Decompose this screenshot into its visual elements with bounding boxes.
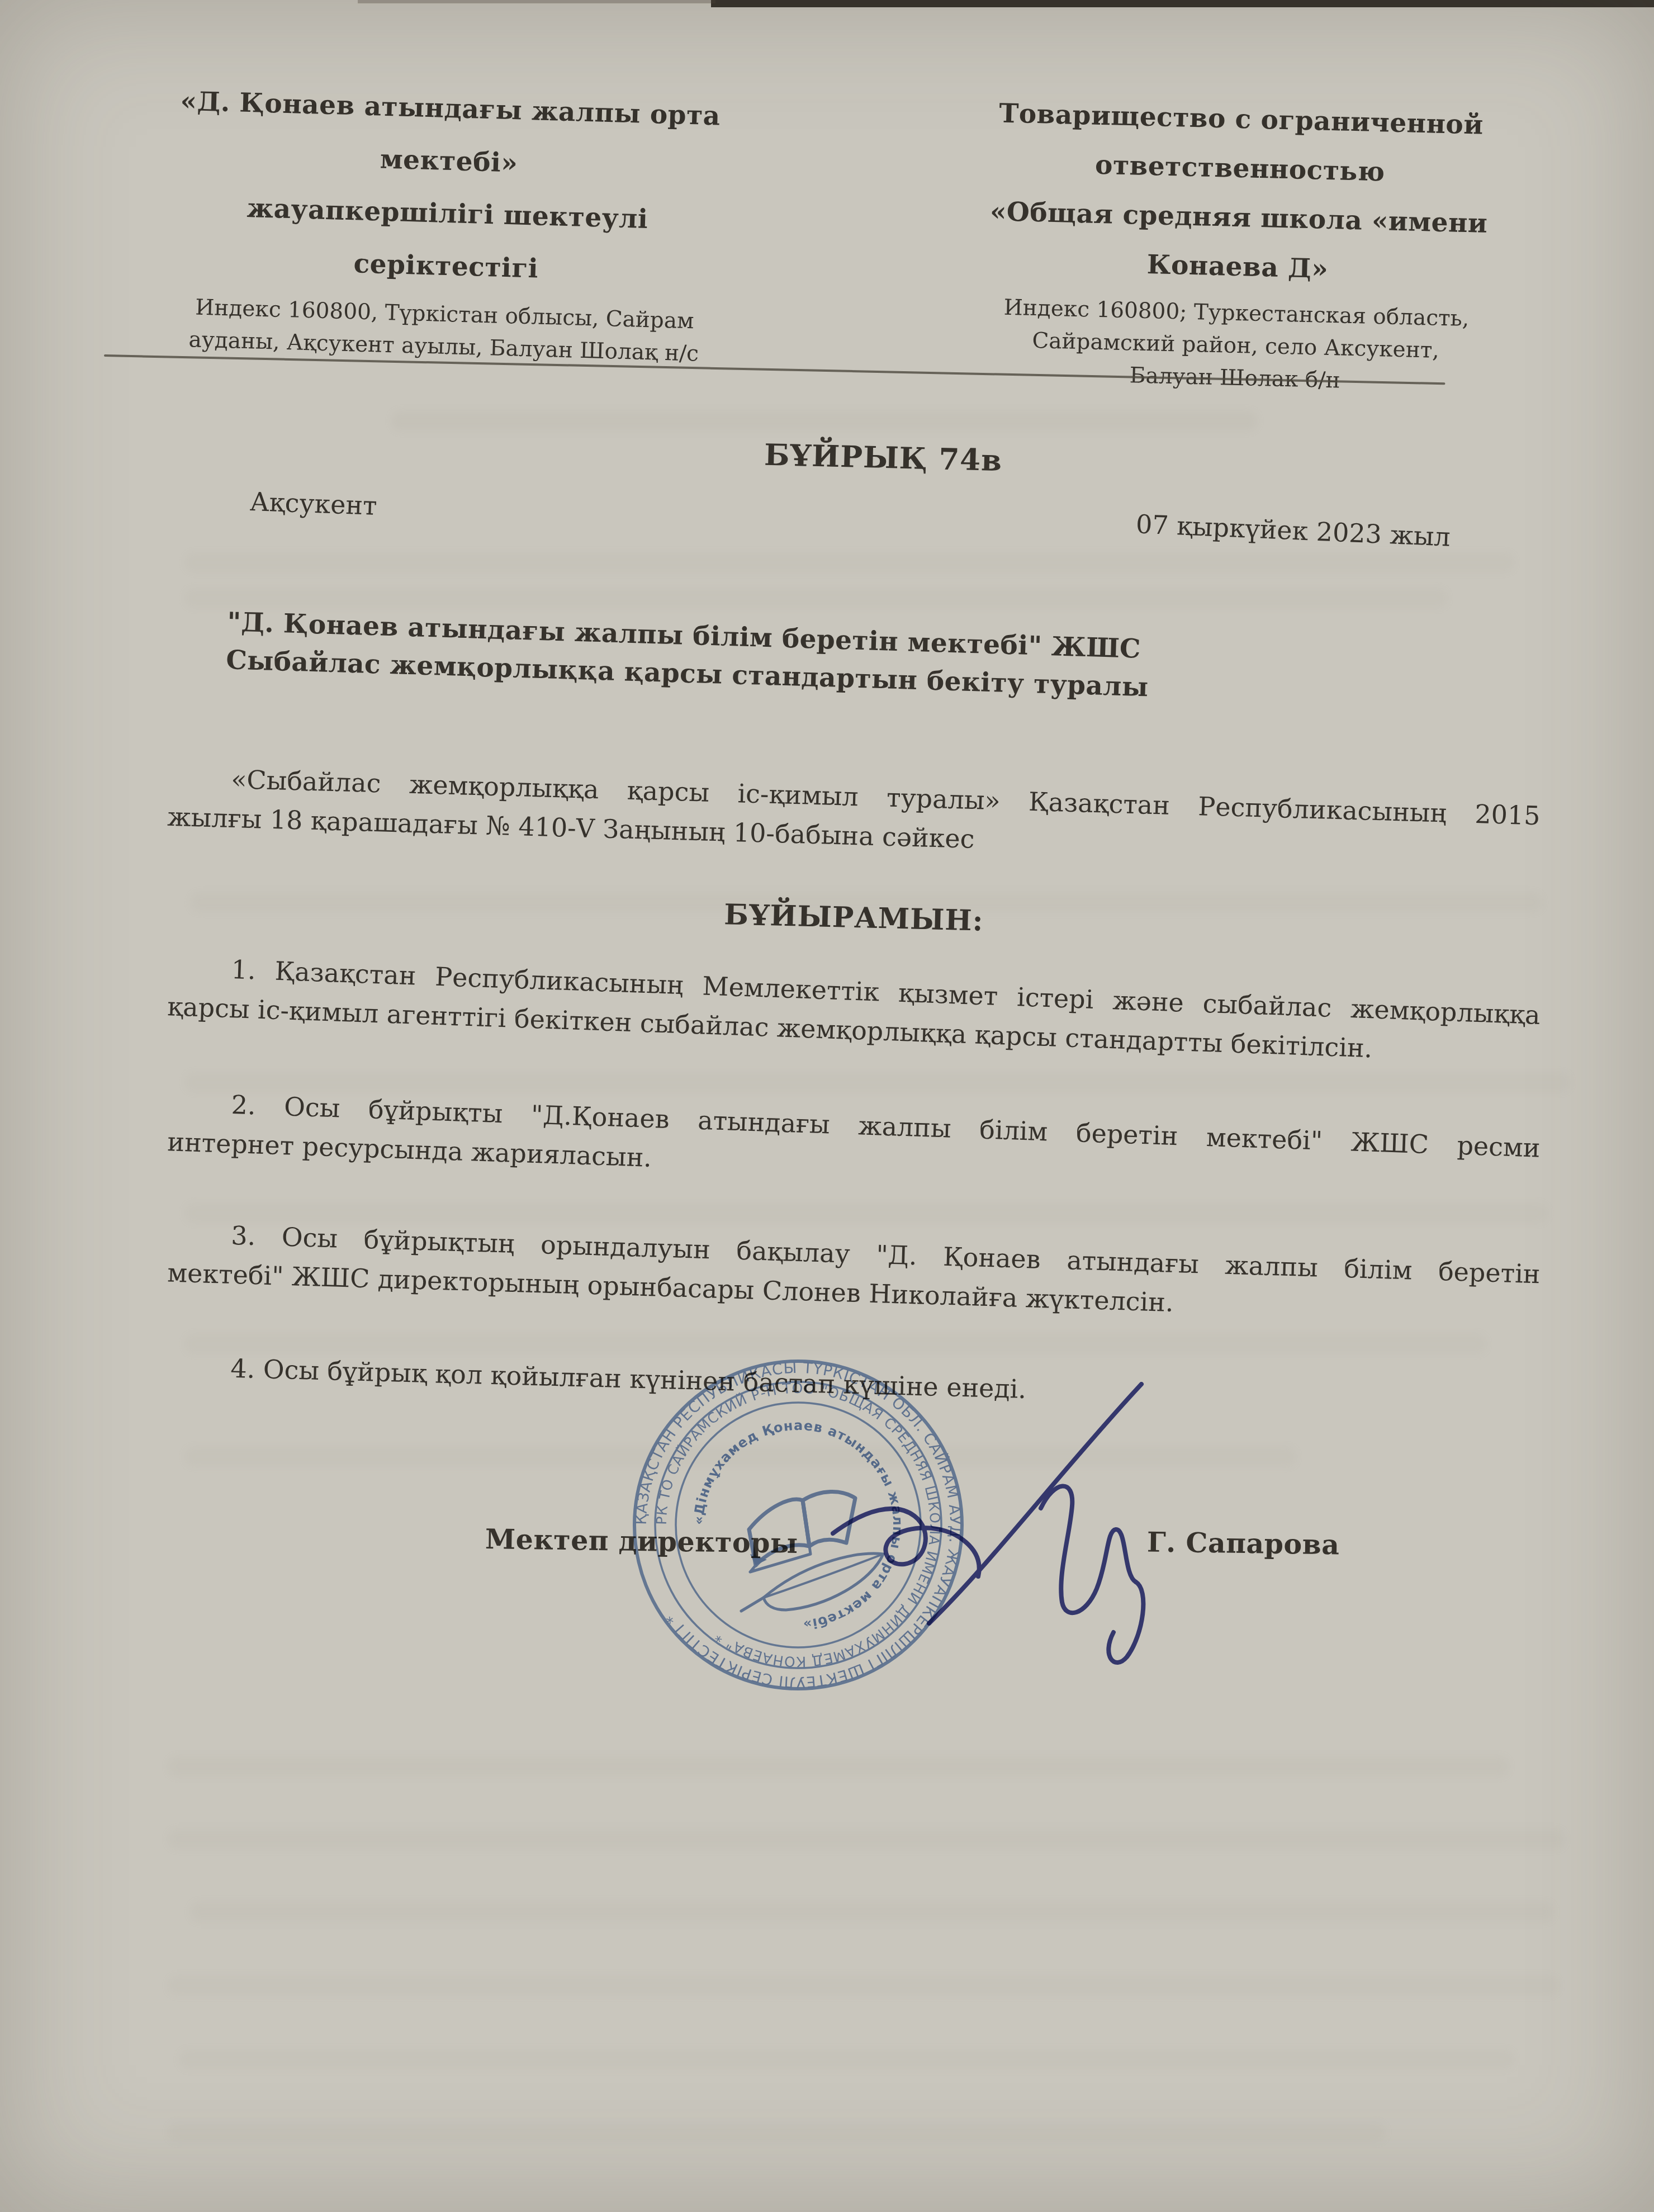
scanned-order-document: «Д. Қонаев атындағы жалпы орта мектебі» … xyxy=(0,0,1654,2212)
quill-nib xyxy=(741,1598,764,1611)
signature-descender-stroke xyxy=(1108,1582,1143,1662)
order-item-2: 2. Осы бұйрықты "Д.Қонаев атындағы жалпы… xyxy=(167,1083,1541,1206)
order-subject: "Д. Қонаев атындағы жалпы білім беретін … xyxy=(225,603,1457,716)
signature-diagonal-stroke xyxy=(929,1384,1141,1623)
signature-loop-stroke xyxy=(833,1509,979,1576)
order-title: БҰЙРЫҚ 74в xyxy=(168,423,1599,493)
letterhead-russian: Товарищество с ограниченной ответственно… xyxy=(869,86,1608,404)
order-item-1: 1. Қазақстан Республикасының Мемлекеттік… xyxy=(167,948,1541,1074)
letterhead-kazakh: «Д. Қонаев атындағы жалпы орта мектебі» … xyxy=(80,73,814,373)
order-item-3: 3. Осы бұйрықтың орындалуын бақылау "Д. … xyxy=(167,1214,1541,1333)
order-date: 07 қыркүйек 2023 жыл xyxy=(1135,509,1451,552)
order-place: Ақсукент xyxy=(249,486,377,521)
signature-middle-stroke xyxy=(1041,1486,1136,1613)
order-preamble: «Сыбайлас жемқорлыққа қарсы іс-қимыл тур… xyxy=(167,758,1541,874)
document-content: «Д. Қонаев атындағы жалпы орта мектебі» … xyxy=(0,0,1654,2212)
order-command-word: БҰЙЫРАМЫН: xyxy=(168,884,1541,951)
director-signature xyxy=(799,1341,1191,1698)
